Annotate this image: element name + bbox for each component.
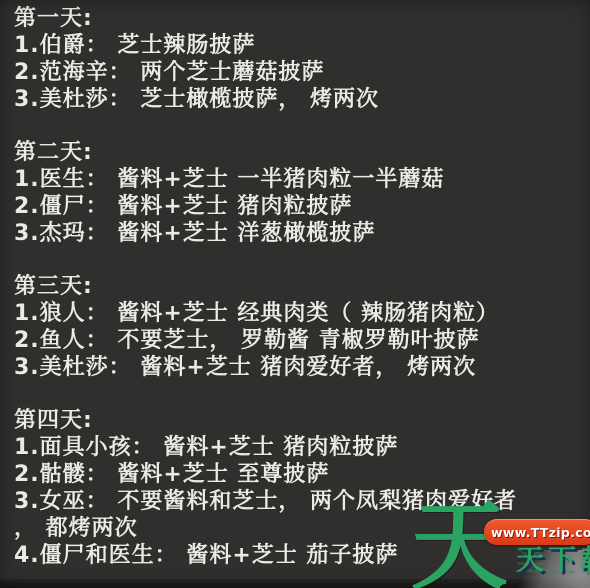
guide-line: 2.僵尸： 酱料+芝士 猪肉粒披萨 — [14, 193, 588, 220]
day-title: 第四天: — [14, 407, 588, 434]
guide-line: 2.鱼人： 不要芝士， 罗勒酱 青椒罗勒叶披萨 — [14, 327, 588, 354]
day-section-1: 第一天: 1.伯爵： 芝士辣肠披萨 2.范海辛： 两个芝士蘑菇披萨 3.美杜莎：… — [14, 5, 588, 113]
watermark-site-name: 天下载 — [516, 546, 590, 574]
day-title: 第二天: — [14, 139, 588, 166]
guide-line: 3.杰玛： 酱料+芝士 洋葱橄榄披萨 — [14, 220, 588, 247]
screenshot-root: { "page": { "background_color": "#302f2d… — [0, 0, 590, 588]
guide-line: 3.美杜莎： 酱料+芝士 猪肉爱好者， 烤两次 — [14, 354, 588, 381]
guide-line: 1.狼人： 酱料+芝士 经典肉类（ 辣肠猪肉粒） — [14, 300, 588, 327]
guide-line: 1.面具小孩： 酱料+芝士 猪肉粒披萨 — [14, 434, 588, 461]
guide-line: 1.医生： 酱料+芝士 一半猪肉粒一半蘑菇 — [14, 166, 588, 193]
day-title: 第三天: — [14, 273, 588, 300]
day-title: 第一天: — [14, 5, 588, 32]
guide-line: 2.骷髅： 酱料+芝士 至尊披萨 — [14, 461, 588, 488]
guide-line: 2.范海辛： 两个芝士蘑菇披萨 — [14, 59, 588, 86]
guide-line: 1.伯爵： 芝士辣肠披萨 — [14, 32, 588, 59]
watermark-url-text: www.TTzip.com — [491, 525, 590, 540]
day-section-3: 第三天: 1.狼人： 酱料+芝士 经典肉类（ 辣肠猪肉粒） 2.鱼人： 不要芝士… — [14, 273, 588, 381]
watermark-url-badge: www.TTzip.com — [484, 519, 590, 545]
guide-text: 第一天: 1.伯爵： 芝士辣肠披萨 2.范海辛： 两个芝士蘑菇披萨 3.美杜莎：… — [14, 5, 588, 569]
day-section-2: 第二天: 1.医生： 酱料+芝士 一半猪肉粒一半蘑菇 2.僵尸： 酱料+芝士 猪… — [14, 139, 588, 247]
guide-line: 3.美杜莎： 芝士橄榄披萨， 烤两次 — [14, 86, 588, 113]
